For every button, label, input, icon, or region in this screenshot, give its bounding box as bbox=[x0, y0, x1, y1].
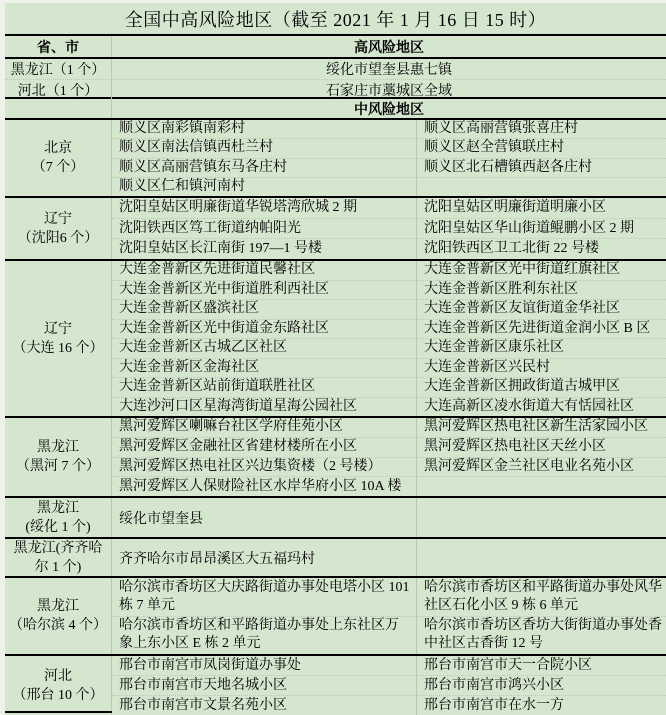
area-cell bbox=[417, 476, 666, 496]
area-cell: 黑河爱辉区人保财险社区水岸华府小区 10A 楼 bbox=[112, 476, 416, 496]
area-column-left: 邢台市南宫市凤岗街道办事处 邢台市南宫市天地名城小区 邢台市南宫市文景名苑小区 bbox=[112, 656, 417, 715]
province-cell: 河北（1 个） bbox=[5, 80, 112, 100]
area-cell: 顺义区高丽营镇东马各庄村 bbox=[112, 158, 416, 177]
area-cell: 顺义区南彩镇南彩村 bbox=[112, 120, 416, 138]
area-column-right: 大连金普新区光中街道红旗社区 大连金普新区胜利东社区 大连金普新区友谊街道金华社… bbox=[417, 261, 666, 416]
area-cell: 大连金普新区站前街道联胜社区 bbox=[112, 377, 416, 397]
area-cell: 石家庄市藁城区全域 bbox=[112, 80, 666, 100]
area-cell: 顺义区北石槽镇西赵各庄村 bbox=[417, 158, 666, 177]
section-heihe: 黑龙江 （黑河 7 个） 黑河爱辉区喇嘛台社区学府佳苑小区 黑河爱辉区金融社区省… bbox=[5, 418, 666, 498]
province-cell: 河北 （邢台 10 个） bbox=[5, 656, 112, 715]
area-cell: 邢台市南宫市文景名苑小区 bbox=[112, 695, 416, 715]
area-cell bbox=[417, 177, 666, 196]
table-row: 黑龙江（1 个） 绥化市望奎县惠七镇 bbox=[5, 59, 666, 79]
province-cell: 黑龙江 （黑河 7 个） bbox=[5, 418, 112, 496]
area-column-right bbox=[417, 498, 666, 537]
area-cell: 大连金普新区康乐社区 bbox=[417, 338, 666, 358]
province-cell: 黑龙江 (绥化 1 个) bbox=[5, 498, 112, 537]
area-cell: 哈尔滨市香坊区和平路街道办事处风华社区石化小区 9 栋 6 单元 bbox=[417, 578, 666, 616]
section-suihua: 黑龙江 (绥化 1 个) 绥化市望奎县 bbox=[5, 498, 666, 539]
area-cell: 黑河爱辉区喇嘛台社区学府佳苑小区 bbox=[112, 418, 416, 437]
area-column-left: 大连金普新区先进街道民馨社区 大连金普新区光中街道胜利西社区 大连金普新区盛滨社… bbox=[112, 261, 417, 416]
medium-risk-header-row: 中风险地区 bbox=[5, 99, 666, 120]
area-cell: 邢台市南宫市鸿兴小区 bbox=[417, 675, 666, 695]
area-cell: 顺义区仁和镇河南村 bbox=[112, 177, 416, 196]
area-cell: 黑河爱辉区热电社区天丝小区 bbox=[417, 437, 666, 457]
area-cell: 顺义区赵全营镇联庄村 bbox=[417, 138, 666, 157]
section-qiqihar: 黑龙江(齐齐哈尔 1 个) 齐齐哈尔市昂昂溪区大五福玛村 bbox=[5, 539, 666, 578]
area-cell: 大连金普新区光中街道胜利西社区 bbox=[112, 280, 416, 300]
section-harbin: 黑龙江 （哈尔滨 4 个） 哈尔滨市香坊区大庆路街道办事处电塔小区 101 栋 … bbox=[5, 578, 666, 656]
area-column-left: 顺义区南彩镇南彩村 顺义区南法信镇西杜兰村 顺义区高丽营镇东马各庄村 顺义区仁和… bbox=[112, 120, 417, 196]
area-cell: 黑河爱辉区金兰社区电业名苑小区 bbox=[417, 457, 666, 477]
area-cell: 哈尔滨市香坊区和平路街道办事处上东社区万象上东小区 E 栋 2 单元 bbox=[112, 616, 416, 655]
table-row: 河北（1 个） 石家庄市藁城区全域 bbox=[5, 79, 666, 100]
area-cell: 哈尔滨市香坊区大庆路街道办事处电塔小区 101 栋 7 单元 bbox=[112, 578, 416, 616]
table-bottom-border-fragment bbox=[5, 711, 112, 713]
area-column-left: 黑河爱辉区喇嘛台社区学府佳苑小区 黑河爱辉区金融社区省建材楼所在小区 黑河爱辉区… bbox=[112, 418, 417, 496]
area-cell: 大连金普新区古城乙区社区 bbox=[112, 338, 416, 358]
area-column-right: 哈尔滨市香坊区和平路街道办事处风华社区石化小区 9 栋 6 单元 哈尔滨市香坊区… bbox=[417, 578, 666, 654]
province-cell: 辽宁 （大连 16 个） bbox=[5, 261, 112, 416]
page-title: 全国中高风险地区（截至 2021 年 1 月 16 日 15 时） bbox=[5, 3, 666, 36]
area-cell: 大连金普新区友谊街道金华社区 bbox=[417, 299, 666, 319]
area-cell: 沈阳皇姑区长江南街 197—1 号楼 bbox=[112, 238, 416, 259]
area-cell: 沈阳铁西区卫工北街 22 号楼 bbox=[417, 238, 666, 259]
province-cell: 黑龙江(齐齐哈尔 1 个) bbox=[5, 539, 112, 576]
area-cell: 顺义区南法信镇西杜兰村 bbox=[112, 138, 416, 157]
empty-cell bbox=[5, 99, 112, 118]
area-cell: 大连沙河口区星海湾街道星海公园社区 bbox=[112, 397, 416, 417]
area-column-right: 邢台市南宫市天一合院小区 邢台市南宫市鸿兴小区 邢台市南宫市在水一方 bbox=[417, 656, 666, 715]
area-column-right: 黑河爱辉区热电社区新生活家园小区 黑河爱辉区热电社区天丝小区 黑河爱辉区金兰社区… bbox=[417, 418, 666, 496]
section-shenyang: 辽宁 （沈阳6 个） 沈阳皇姑区明廉街道华锐塔湾欣城 2 期 沈阳铁西区笃工街道… bbox=[5, 198, 666, 261]
area-cell: 大连金普新区兴民村 bbox=[417, 358, 666, 378]
risk-area-table: 全国中高风险地区（截至 2021 年 1 月 16 日 15 时） 省、市 高风… bbox=[5, 3, 666, 715]
province-cell: 黑龙江（1 个） bbox=[5, 59, 112, 79]
high-risk-rows: 黑龙江（1 个） 绥化市望奎县惠七镇 河北（1 个） 石家庄市藁城区全域 bbox=[5, 59, 666, 99]
area-cell: 大连金普新区先进街道金润小区 B 区 bbox=[417, 319, 666, 339]
area-cell: 大连金普新区金海社区 bbox=[112, 358, 416, 378]
section-xingtai: 河北 （邢台 10 个） 邢台市南宫市凤岗街道办事处 邢台市南宫市天地名城小区 … bbox=[5, 656, 666, 715]
area-cell: 大连金普新区先进街道民馨社区 bbox=[112, 261, 416, 280]
header-medium-risk: 中风险地区 bbox=[112, 99, 666, 118]
table-header-row: 省、市 高风险地区 bbox=[5, 36, 666, 59]
area-cell: 大连金普新区拥政街道古城甲区 bbox=[417, 377, 666, 397]
area-cell: 大连金普新区光中街道红旗社区 bbox=[417, 261, 666, 280]
area-cell: 邢台市南宫市天一合院小区 bbox=[417, 656, 666, 675]
area-cell: 绥化市望奎县惠七镇 bbox=[112, 59, 666, 79]
area-column-right bbox=[417, 539, 666, 576]
province-cell: 辽宁 （沈阳6 个） bbox=[5, 198, 112, 259]
area-cell: 大连金普新区胜利东社区 bbox=[417, 280, 666, 300]
area-cell: 大连金普新区盛滨社区 bbox=[112, 299, 416, 319]
area-cell: 沈阳皇姑区明廉街道华锐塔湾欣城 2 期 bbox=[112, 198, 416, 218]
area-column-left: 沈阳皇姑区明廉街道华锐塔湾欣城 2 期 沈阳铁西区笃工街道纳帕阳光 沈阳皇姑区长… bbox=[112, 198, 417, 259]
area-cell: 哈尔滨市香坊区香坊大街街道办事处香中社区古香街 12 号 bbox=[417, 616, 666, 655]
province-cell: 北京 （7 个） bbox=[5, 120, 112, 196]
area-cell: 黑河爱辉区金融社区省建材楼所在小区 bbox=[112, 437, 416, 457]
section-beijing: 北京 （7 个） 顺义区南彩镇南彩村 顺义区南法信镇西杜兰村 顺义区高丽营镇东马… bbox=[5, 120, 666, 198]
area-cell: 邢台市南宫市在水一方 bbox=[417, 695, 666, 715]
area-cell: 黑河爱辉区热电社区兴边集资楼（2 号楼） bbox=[112, 457, 416, 477]
header-high-risk: 高风险地区 bbox=[112, 36, 666, 57]
area-cell: 沈阳皇姑区华山街道鲲鹏小区 2 期 bbox=[417, 218, 666, 239]
province-cell: 黑龙江 （哈尔滨 4 个） bbox=[5, 578, 112, 654]
area-cell: 黑河爱辉区热电社区新生活家园小区 bbox=[417, 418, 666, 437]
area-cell: 绥化市望奎县 bbox=[112, 498, 417, 537]
area-cell: 顺义区高丽营镇张喜庄村 bbox=[417, 120, 666, 138]
area-cell: 齐齐哈尔市昂昂溪区大五福玛村 bbox=[112, 539, 417, 576]
area-cell: 邢台市南宫市凤岗街道办事处 bbox=[112, 656, 416, 675]
area-column-left: 哈尔滨市香坊区大庆路街道办事处电塔小区 101 栋 7 单元 哈尔滨市香坊区和平… bbox=[112, 578, 417, 654]
header-province: 省、市 bbox=[5, 36, 112, 57]
area-cell: 沈阳皇姑区明廉街道明廉小区 bbox=[417, 198, 666, 218]
page-background: 全国中高风险地区（截至 2021 年 1 月 16 日 15 时） 省、市 高风… bbox=[0, 0, 666, 715]
area-cell: 邢台市南宫市天地名城小区 bbox=[112, 675, 416, 695]
area-column-right: 沈阳皇姑区明廉街道明廉小区 沈阳皇姑区华山街道鲲鹏小区 2 期 沈阳铁西区卫工北… bbox=[417, 198, 666, 259]
section-dalian: 辽宁 （大连 16 个） 大连金普新区先进街道民馨社区 大连金普新区光中街道胜利… bbox=[5, 261, 666, 418]
area-column-right: 顺义区高丽营镇张喜庄村 顺义区赵全营镇联庄村 顺义区北石槽镇西赵各庄村 bbox=[417, 120, 666, 196]
area-cell: 大连高新区凌水街道大有恬园社区 bbox=[417, 397, 666, 417]
area-cell: 大连金普新区光中街道金东路社区 bbox=[112, 319, 416, 339]
area-cell: 沈阳铁西区笃工街道纳帕阳光 bbox=[112, 218, 416, 239]
